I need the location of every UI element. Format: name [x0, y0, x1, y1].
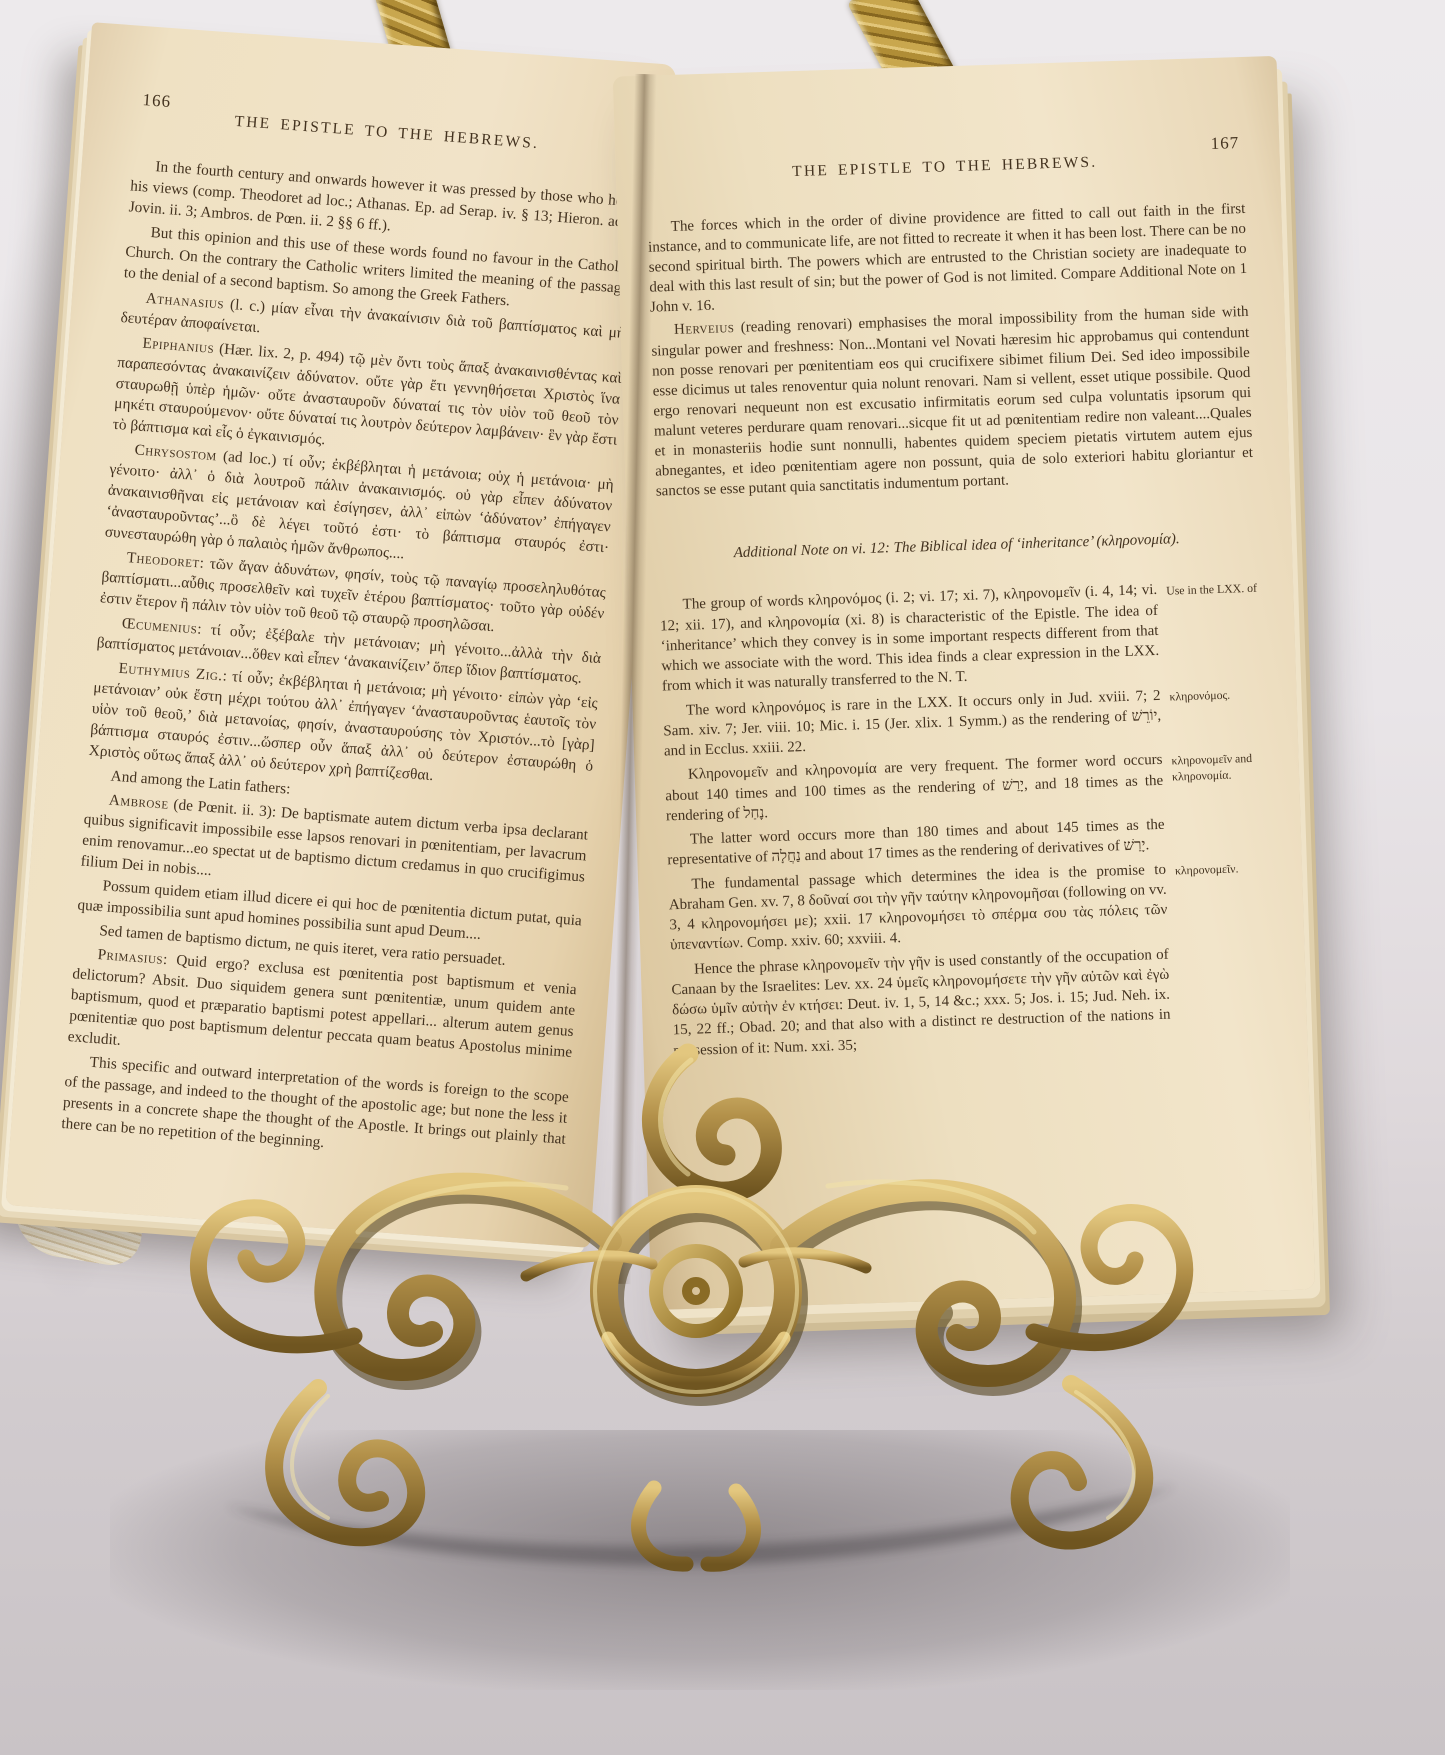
section-text: The word κληρονόμος is rare in the LXX. …	[662, 685, 1162, 761]
note-section: The group of words κληρονόμος (i. 2; vi.…	[659, 577, 1260, 697]
paragraph-text: (reading renovari) emphasises the moral …	[651, 304, 1253, 499]
margin-note: Use in the LXX. of	[1157, 577, 1260, 681]
note-section: The fundamental passage which determines…	[668, 856, 1268, 956]
author-name: Theodoret	[126, 549, 200, 571]
paragraph-text: The forces which in the order of divine …	[648, 201, 1247, 316]
left-page-number: 166	[142, 90, 172, 112]
margin-note	[1168, 941, 1271, 1045]
author-name: Euthymius Zig.	[118, 660, 223, 685]
easel-scrollwork	[198, 1054, 1184, 1564]
margin-note	[1164, 812, 1265, 856]
author-name: Ambrose	[108, 791, 169, 812]
brass-easel-base	[96, 1036, 1292, 1596]
right-page-header: 167 THE EPISTLE TO THE HEBREWS.	[645, 133, 1244, 204]
section-text: Κληρονομεῖν and κληρονομία are very freq…	[664, 750, 1164, 826]
author-name: Herveius	[674, 321, 735, 339]
section-text: The fundamental passage which determines…	[668, 859, 1168, 956]
paragraph: The forces which in the order of divine …	[647, 199, 1248, 318]
margin-note: κληρονομεῖν and κληρονομία.	[1162, 747, 1264, 811]
author-name: Chrysostom	[134, 442, 217, 465]
left-running-head: THE EPISTLE TO THE HEBREWS.	[135, 90, 640, 161]
margin-note: κληρονομεῖν.	[1166, 856, 1268, 940]
right-running-head: THE EPISTLE TO THE HEBREWS.	[645, 133, 1244, 186]
additional-note-heading: Additional Note on vi. 12: The Biblical …	[718, 529, 1196, 564]
photo-of-book-on-easel: 166 THE EPISTLE TO THE HEBREWS. In the f…	[0, 0, 1445, 1755]
section-text: The group of words κληρονόμος (i. 2; vi.…	[659, 580, 1160, 697]
margin-note: κληρονόμος.	[1160, 682, 1262, 746]
author-name: Athanasius	[145, 290, 224, 313]
paragraph: Herveius (reading renovari) emphasises t…	[650, 302, 1253, 502]
author-name: Primasius	[97, 946, 164, 968]
right-page-number: 167	[1210, 133, 1239, 154]
author-name: Œcumenius	[121, 615, 198, 637]
author-name: Epiphanius	[142, 334, 215, 356]
